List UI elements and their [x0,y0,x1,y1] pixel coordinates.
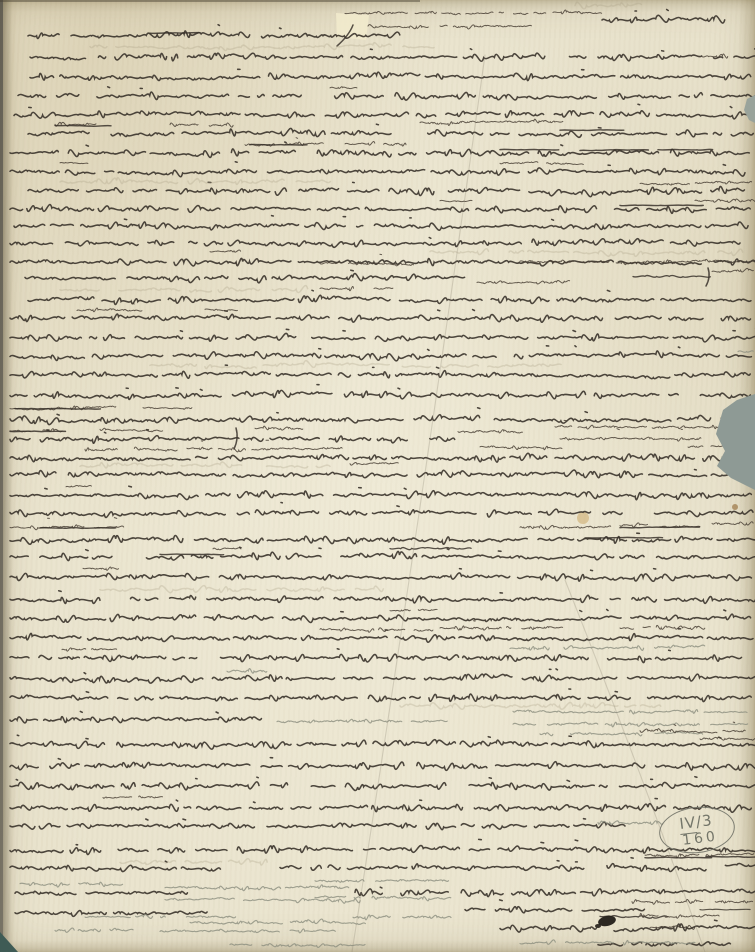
interlinear-insertion [702,54,728,58]
interlinear-insertion [520,525,611,529]
strikethrough [560,130,624,131]
interlinear-insertion [500,162,583,165]
paper-damage [744,95,755,123]
ink-bleedthrough [575,2,641,9]
ink-bleedthrough [150,361,561,369]
pencil-note [513,710,747,714]
script-line [10,711,261,722]
pencil-note [55,928,133,932]
interlinear-insertion [320,628,433,632]
interlinear-insertion [440,621,563,630]
interlinear-insertion [560,429,701,441]
pencil-note [165,885,349,891]
interlinear-insertion [390,609,437,611]
pencil-note [738,351,753,353]
strikethrough [585,537,663,538]
interlinear-insertion [345,10,602,15]
ink-bleedthrough [60,178,330,185]
script-line [10,470,755,478]
pencil-note [190,919,365,924]
script-line [10,629,753,642]
interlinear-insertion [440,200,472,202]
ink-bleedthrough [60,286,308,293]
interlinear-insertion [83,567,119,570]
script-line [15,911,207,917]
interlinear-insertion [712,522,753,525]
script-line [10,238,740,248]
ink-bleedthrough [80,462,330,468]
script-line [10,329,755,342]
script-line [14,104,754,119]
interlinear-insertion [66,485,91,487]
interlinear-insertion [143,407,192,409]
paper-crease [352,55,485,952]
strikethrough [658,149,713,150]
pencil-note [315,880,449,883]
flourish [633,275,710,277]
script-line [10,547,755,560]
pencil-note [277,719,447,723]
strikethrough [645,857,712,858]
script-line [10,569,751,582]
interlinear-insertion [255,426,303,430]
strikethrough [15,408,100,409]
interlinear-insertion [350,462,398,465]
manuscript-scan: IV/3 160 [0,0,755,952]
strikethrough [620,527,700,528]
script-line [10,735,755,749]
script-line [10,649,742,663]
interlinear-insertion [640,181,752,185]
script-line [10,453,755,462]
pencil-note [230,944,365,948]
interlinear-insertion [368,25,531,29]
interlinear-insertion [170,123,233,127]
script-line [614,920,755,931]
script-line [10,365,750,379]
ink-bleedthrough [430,249,743,257]
paper-damage [0,932,18,952]
ink-blot [595,924,601,928]
interlinear-insertion [103,796,163,798]
interlinear-insertion [477,280,570,284]
script-line [30,69,751,80]
script-line [14,216,748,231]
interlinear-insertion [712,268,753,272]
interlinear-insertion [700,737,755,740]
strikethrough [500,149,559,150]
script-line [10,689,751,702]
script-line [10,503,753,518]
script-line [10,669,755,683]
pencil-note [353,915,451,920]
strikethrough [250,144,307,145]
interlinear-insertion [210,250,241,252]
strikethrough [55,125,111,126]
script-line [10,346,751,361]
script-line [25,270,465,283]
script-line [10,486,751,499]
strikethrough [10,431,66,432]
interlinear-insertion [420,119,563,125]
script-line [10,799,751,813]
script-line [10,408,753,425]
script-line [244,436,455,443]
pencil-note [165,897,360,903]
script-line [28,124,753,137]
script-line [10,533,755,544]
pencil-note [540,732,703,736]
script-line [10,819,625,830]
ink-bleedthrough [120,859,267,865]
script-line [10,310,751,323]
interlinear-insertion [320,286,393,290]
ink-bleedthrough [90,43,434,51]
interlinear-insertion [85,440,342,452]
script-line [10,610,751,623]
script-line [10,758,755,771]
strikethrough [706,856,755,857]
script-line [10,385,750,400]
interlinear-insertion [60,162,88,163]
strikethrough [40,528,116,529]
interlinear-insertion [620,625,705,629]
script-line [500,925,596,932]
interlinear-insertion [213,548,241,550]
interlinear-insertion [330,87,357,89]
pencil-note [227,669,267,674]
pencil-note [315,896,451,901]
foxing-spot [577,512,589,524]
strikethrough [620,205,703,206]
script-line [30,49,755,61]
script-line [10,861,220,871]
strikethrough [160,554,224,555]
script-line [10,162,745,177]
interlinear-insertion [62,648,117,651]
script-line [280,858,755,872]
interlinear-insertion [320,254,414,266]
interlinear-insertion [100,428,163,432]
script-line [10,839,755,854]
pencil-note [160,929,335,933]
interlinear-insertion [480,446,562,450]
pencil-note [85,915,236,919]
ink-bleedthrough [100,586,383,593]
script-line [355,887,755,896]
script-line [28,290,751,304]
foxing-spot [732,504,738,510]
pencil-note [513,722,748,727]
pencil-note [598,821,663,825]
script-line [18,87,755,100]
interlinear-insertion [205,309,237,311]
script-line [10,591,755,604]
pencil-note [510,645,705,650]
strikethrough [150,33,200,34]
interlinear-insertion [345,141,406,146]
underline [700,909,750,910]
interlinear-insertion [695,199,755,202]
flourish [390,547,471,549]
interlinear-insertion [632,899,753,904]
interlinear-insertion [458,430,522,433]
script-line [28,182,744,196]
handwriting-layer [0,0,755,952]
ink-bleedthrough [400,703,661,710]
pencil-note [20,882,123,887]
script-line [602,10,725,24]
interlinear-insertion [77,304,142,312]
script-line [465,900,644,913]
script-line [15,891,187,895]
